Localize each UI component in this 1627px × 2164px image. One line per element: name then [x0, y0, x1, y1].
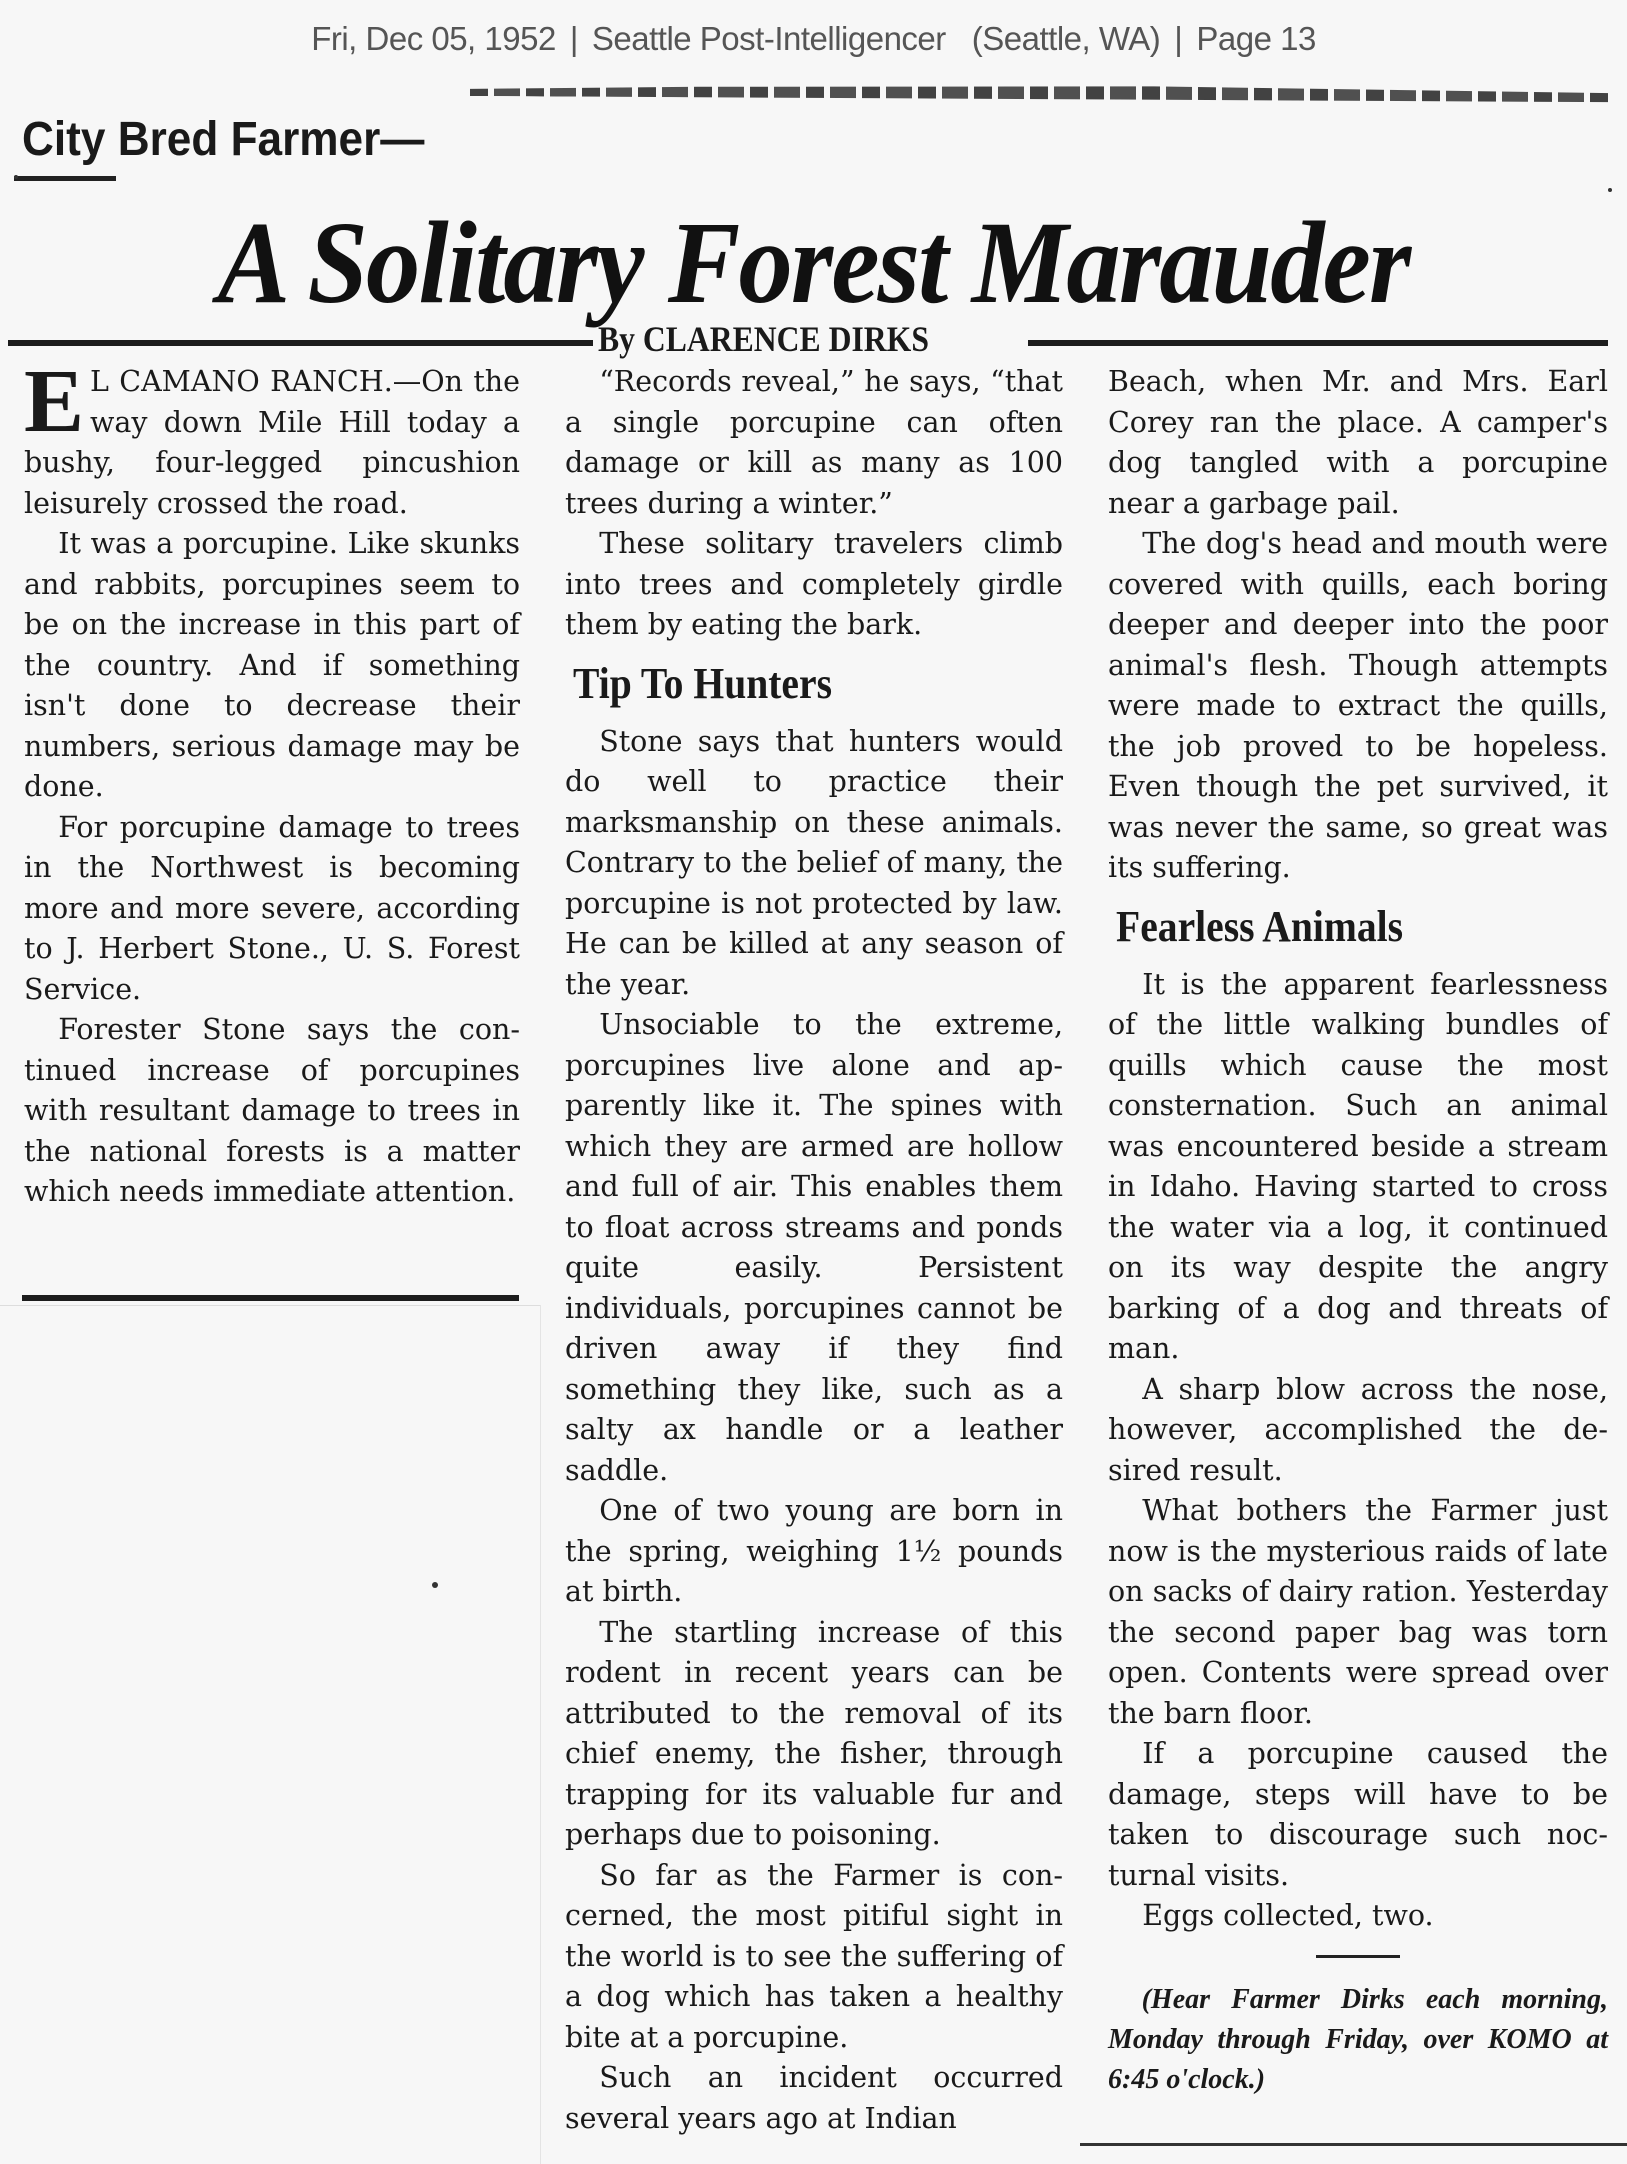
paragraph: Such an incident occurred several years …	[565, 2058, 1063, 2139]
subhead-tip-to-hunters: Tip To Hunters	[573, 656, 1014, 712]
byline-row: By CLARENCE DIRKS	[8, 318, 1608, 358]
paragraph: Forester Stone says the con­tinued incre…	[24, 1010, 520, 1213]
print-speck	[432, 1582, 438, 1588]
paragraph: A sharp blow across the nose, however, a…	[1108, 1370, 1608, 1492]
paragraph: Unsociable to the extreme, porcupines li…	[565, 1005, 1063, 1491]
paragraph: It is the apparent fearless­ness of the …	[1108, 965, 1608, 1370]
paragraph: Beach, when Mr. and Mrs. Earl Corey ran …	[1108, 362, 1608, 524]
paragraph: These solitary travelers climb into tree…	[565, 524, 1063, 646]
paragraph: “Records reveal,” he says, “that a singl…	[565, 362, 1063, 524]
article-column-1: EL CAMANO RANCH.—On the way down Mile Hi…	[24, 362, 520, 1213]
paragraph: If a porcupine caused the damage, steps …	[1108, 1734, 1608, 1896]
paragraph: One of two young are born in the spring,…	[565, 1491, 1063, 1613]
article-column-3: Beach, when Mr. and Mrs. Earl Corey ran …	[1108, 362, 1608, 2100]
print-speck	[14, 175, 18, 179]
end-of-article-rule	[1316, 1955, 1400, 1958]
paragraph: Eggs collected, two.	[1108, 1896, 1608, 1937]
column-kicker: City Bred Farmer—	[22, 112, 424, 167]
source-page: Page 13	[1196, 20, 1315, 57]
byline: By CLARENCE DIRKS	[598, 318, 929, 360]
paragraph: The dog's head and mouth were covered wi…	[1108, 524, 1608, 889]
paragraph: It was a porcupine. Like skunks and rabb…	[24, 524, 520, 808]
source-location: (Seattle, WA)	[972, 20, 1161, 57]
clipping-edge	[540, 1305, 541, 2164]
bottom-rule	[1080, 2143, 1627, 2146]
source-date: Fri, Dec 05, 1952	[311, 20, 556, 57]
byline-rule-left	[8, 340, 593, 346]
subhead-fearless-animals: Fearless Animals	[1116, 899, 1559, 955]
radio-tagline: (Hear Farmer Dirks each morn­ing, Monday…	[1108, 1980, 1608, 2100]
separator: |	[570, 20, 578, 57]
torn-clipping-edge	[470, 78, 1610, 104]
article-column-2: “Records reveal,” he says, “that a singl…	[565, 362, 1063, 2139]
paragraph: The startling increase of this rodent in…	[565, 1613, 1063, 1856]
headline: A Solitary Forest Marauder	[65, 195, 1562, 331]
paragraph: For porcupine damage to trees in the Nor…	[24, 808, 520, 1011]
clipping-edge	[0, 1305, 540, 1306]
column-end-rule	[22, 1295, 519, 1301]
drop-cap: E	[24, 366, 84, 438]
paragraph: Stone says that hunters would do well to…	[565, 722, 1063, 1006]
source-citation: Fri, Dec 05, 1952|Seattle Post-Intellige…	[0, 20, 1627, 58]
separator: |	[1174, 20, 1182, 57]
print-speck	[1608, 188, 1612, 192]
paragraph: What bothers the Farmer just now is the …	[1108, 1491, 1608, 1734]
kicker-underline	[14, 176, 116, 181]
byline-rule-right	[1028, 340, 1608, 346]
lead-paragraph: EL CAMANO RANCH.—On the way down Mile Hi…	[24, 362, 520, 524]
paragraph: So far as the Farmer is con­cerned, the …	[565, 1856, 1063, 2059]
source-publication: Seattle Post-Intelligencer	[592, 20, 946, 57]
